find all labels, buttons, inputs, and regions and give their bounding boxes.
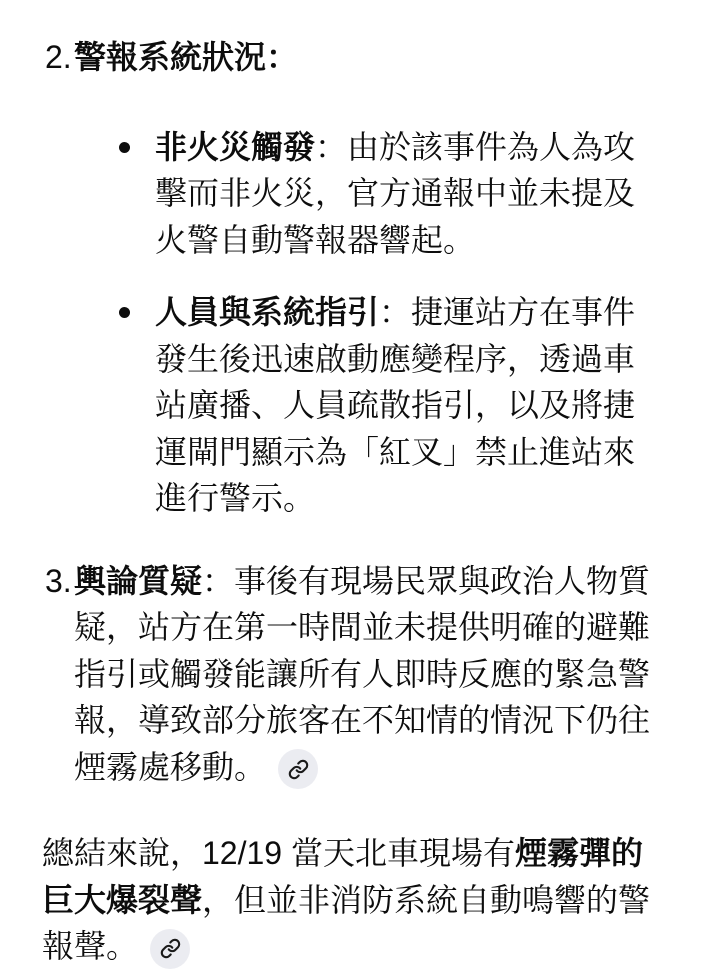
list-number: 2. <box>42 34 74 522</box>
list-item-body: 輿論質疑：事後有現場民眾與政治人物質疑，站方在第一時間並未提供明確的避難指引或觸… <box>74 558 658 791</box>
bullet-marker-icon <box>119 142 130 153</box>
numbered-list: 2. 警報系統狀況： 非火災觸發：由於該事件為人為攻擊而非火災，官方通報中並未提… <box>42 34 658 790</box>
list-item: 非火災觸發：由於該事件為人為攻擊而非火災，官方通報中並未提及火警自動警報器響起。 <box>74 124 658 264</box>
summary-text: 總結來說，12/19 當天北車現場有 <box>42 835 515 871</box>
bullet-title: 人員與系統指引 <box>155 294 379 330</box>
list-item-heading: 警報系統狀況： <box>74 39 298 75</box>
citation-link-button[interactable] <box>150 929 190 969</box>
bullet-marker-icon <box>119 307 130 318</box>
bullet-title: 非火災觸發 <box>155 129 315 165</box>
list-item-title: 輿論質疑 <box>74 563 202 599</box>
list-item-alarm-status: 2. 警報系統狀況： 非火災觸發：由於該事件為人為攻擊而非火災，官方通報中並未提… <box>42 34 658 522</box>
summary-paragraph: 總結來說，12/19 當天北車現場有煙霧彈的巨大爆裂聲，但並非消防系統自動鳴響的… <box>42 830 658 970</box>
link-icon <box>160 938 181 959</box>
bullet-text: 人員與系統指引：捷運站方在事件發生後迅速啟動應變程序，透過車站廣播、人員疏散指引… <box>155 289 658 522</box>
citation-link-button[interactable] <box>278 749 318 789</box>
list-item: 人員與系統指引：捷運站方在事件發生後迅速啟動應變程序，透過車站廣播、人員疏散指引… <box>74 289 658 522</box>
list-number: 3. <box>42 558 74 791</box>
list-item-body: 警報系統狀況： 非火災觸發：由於該事件為人為攻擊而非火災，官方通報中並未提及火警… <box>74 34 658 522</box>
bullet-list: 非火災觸發：由於該事件為人為攻擊而非火災，官方通報中並未提及火警自動警報器響起。… <box>74 124 658 522</box>
link-icon <box>288 759 309 780</box>
assistant-message: 2. 警報系統狀況： 非火災觸發：由於該事件為人為攻擊而非火災，官方通報中並未提… <box>0 0 720 980</box>
bullet-text: 非火災觸發：由於該事件為人為攻擊而非火災，官方通報中並未提及火警自動警報器響起。 <box>155 124 658 264</box>
list-item-public-doubt: 3. 輿論質疑：事後有現場民眾與政治人物質疑，站方在第一時間並未提供明確的避難指… <box>42 558 658 791</box>
